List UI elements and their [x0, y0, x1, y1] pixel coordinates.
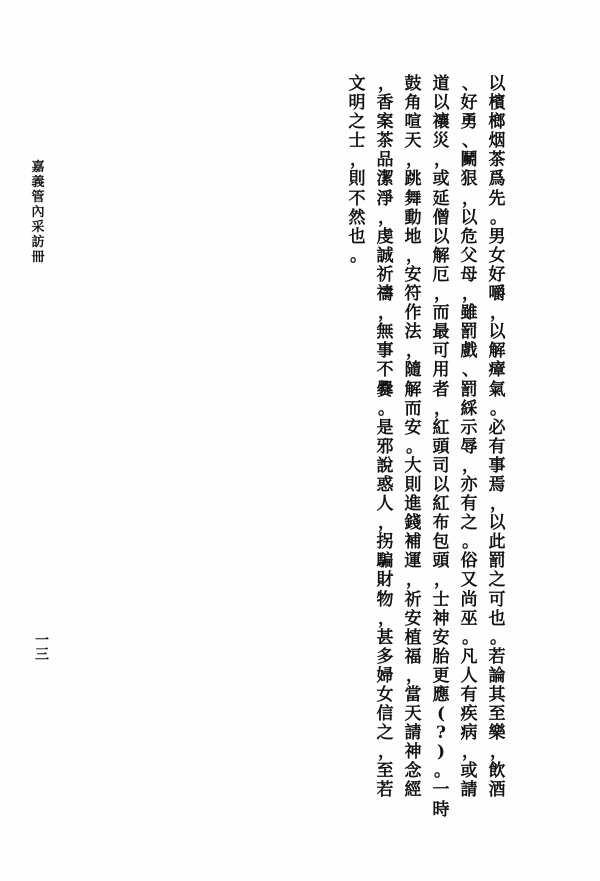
text-char: 若	[375, 781, 395, 800]
text-char: 辱	[459, 438, 479, 457]
text-char: 榔	[487, 113, 507, 132]
text-char: 樂	[487, 724, 507, 743]
text-char: 祈	[403, 591, 423, 610]
text-char: 。	[347, 247, 367, 266]
text-char: 焉	[487, 476, 507, 495]
text-char: 安	[403, 610, 423, 629]
header-char: 訪	[30, 235, 46, 250]
text-char: 然	[347, 209, 367, 228]
text-char: 以	[431, 94, 451, 113]
text-char: ，	[347, 151, 367, 170]
text-char: 以	[459, 209, 479, 228]
text-char: 甚	[375, 629, 395, 648]
text-char: 案	[375, 113, 395, 132]
text-char: 婦	[375, 667, 395, 686]
text-char: 用	[431, 361, 451, 380]
text-char: 戲	[459, 342, 479, 361]
text-char: 包	[431, 533, 451, 552]
text-char: 司	[431, 457, 451, 476]
text-char: 有	[459, 495, 479, 514]
text-char: 論	[487, 667, 507, 686]
text-char: 運	[403, 552, 423, 571]
text-char: 有	[487, 438, 507, 457]
text-char: 神	[431, 610, 451, 629]
text-char: 品	[375, 151, 395, 170]
text-char: 安	[403, 419, 423, 438]
text-char: 人	[459, 667, 479, 686]
text-char: 也	[347, 228, 367, 247]
text-char: 烟	[487, 132, 507, 151]
text-char: 凡	[459, 648, 479, 667]
text-char: 禳	[431, 113, 451, 132]
text-char: 淨	[375, 190, 395, 209]
text-char: 布	[431, 514, 451, 533]
text-char: 應	[431, 686, 451, 705]
header-char: 管	[30, 190, 46, 205]
text-char: 事	[487, 457, 507, 476]
text-char: 或	[431, 170, 451, 189]
text-char: 喧	[403, 113, 423, 132]
text-char: 香	[375, 94, 395, 113]
text-char: 或	[459, 762, 479, 781]
text-char: 以	[487, 323, 507, 342]
text-char: 經	[403, 781, 423, 800]
text-char: 。	[487, 629, 507, 648]
text-char: 酒	[487, 781, 507, 800]
text-char: 好	[459, 94, 479, 113]
text-char: 不	[375, 361, 395, 380]
text-char: 之	[459, 514, 479, 533]
text-char: 俗	[459, 552, 479, 571]
text-char: 當	[403, 686, 423, 705]
text-char: 。	[403, 438, 423, 457]
text-char: ，	[431, 285, 451, 304]
text-char: 。	[431, 762, 451, 781]
text-char: 茶	[375, 132, 395, 151]
text-char: ，	[403, 342, 423, 361]
text-char: ，	[403, 667, 423, 686]
text-char: 符	[403, 285, 423, 304]
text-char: 有	[459, 686, 479, 705]
text-char: 無	[375, 323, 395, 342]
text-char: 胎	[431, 648, 451, 667]
text-char: 誠	[375, 247, 395, 266]
text-char: 狠	[459, 170, 479, 189]
text-char: 安	[431, 629, 451, 648]
text-column-2: 、好勇、鬭狠，以危父母，雖罰戲、罰綵示辱，亦有之。俗又尚巫。凡人有疾病，或請	[459, 75, 479, 801]
text-char: 。	[487, 400, 507, 419]
text-char: ，	[375, 610, 395, 629]
text-char: 跳	[403, 170, 423, 189]
text-char: ，	[431, 151, 451, 170]
text-char: 而	[431, 304, 451, 323]
text-char: 角	[403, 94, 423, 113]
text-char: ，	[487, 743, 507, 762]
text-char: 瘴	[487, 361, 507, 380]
text-char: 危	[459, 228, 479, 247]
text-char: 說	[375, 457, 395, 476]
text-char: 災	[431, 132, 451, 151]
text-char: 解	[403, 381, 423, 400]
text-char: 氣	[487, 381, 507, 400]
text-char: 請	[459, 781, 479, 800]
text-char: 進	[403, 495, 423, 514]
text-column-6: 文明之士，則不然也。	[347, 75, 367, 266]
text-char: 女	[487, 247, 507, 266]
text-char: 植	[403, 629, 423, 648]
page-number: 一三	[33, 634, 51, 662]
text-char: 男	[487, 228, 507, 247]
text-char: 則	[347, 170, 367, 189]
text-char: 。	[375, 400, 395, 419]
text-char: 而	[403, 400, 423, 419]
text-char: ，	[375, 304, 395, 323]
book-title-header: 嘉義管內采訪冊	[30, 160, 46, 265]
text-char: 補	[403, 533, 423, 552]
text-char: 以	[487, 75, 507, 94]
text-char: 雖	[459, 304, 479, 323]
text-char: 舞	[403, 190, 423, 209]
text-char: 最	[431, 323, 451, 342]
text-char: 紅	[431, 495, 451, 514]
text-char: 一	[431, 781, 451, 800]
text-char: 錢	[403, 514, 423, 533]
text-column-5: ，香案茶品潔淨，虔誠祈禱，無事不爨。是邪說惑人，拐騙財物，甚多婦女信之，至若	[375, 75, 395, 801]
text-char: 也	[487, 610, 507, 629]
text-char: 道	[431, 75, 451, 94]
text-char: 福	[403, 648, 423, 667]
text-char: 茶	[487, 151, 507, 170]
text-char: 解	[431, 247, 451, 266]
text-char: 士	[431, 591, 451, 610]
text-char: 頭	[431, 438, 451, 457]
text-char: 頭	[431, 552, 451, 571]
text-char: 是	[375, 419, 395, 438]
text-char: 天	[403, 705, 423, 724]
text-char: 先	[487, 190, 507, 209]
text-char: 邪	[375, 438, 395, 457]
text-char: 解	[487, 342, 507, 361]
text-char: 、	[459, 361, 479, 380]
text-char: 以	[431, 228, 451, 247]
text-char: 其	[487, 686, 507, 705]
document-page: 嘉義管內采訪冊 一三 以檳榔烟茶爲先。男女好嚼，以解瘴氣。必有事焉，以此罰之可也…	[0, 0, 600, 881]
text-char: ，	[487, 304, 507, 323]
text-char: 嚼	[487, 285, 507, 304]
text-char: 厄	[431, 266, 451, 285]
page-number-char: 三	[33, 648, 51, 662]
text-char: 安	[403, 266, 423, 285]
header-char: 義	[30, 175, 46, 190]
text-char: 爲	[487, 170, 507, 189]
text-char: 念	[403, 762, 423, 781]
text-char: 此	[487, 533, 507, 552]
text-char: 不	[347, 190, 367, 209]
header-char: 采	[30, 220, 46, 235]
text-char: 至	[375, 762, 395, 781]
text-char: 罰	[459, 323, 479, 342]
text-char: 罰	[459, 381, 479, 400]
text-column-1: 以檳榔烟茶爲先。男女好嚼，以解瘴氣。必有事焉，以此罰之可也。若論其至樂，飲酒	[487, 75, 507, 801]
text-char: 。	[487, 209, 507, 228]
header-char: 冊	[30, 250, 46, 265]
text-char: ，	[459, 457, 479, 476]
text-char: 神	[403, 743, 423, 762]
text-char: 父	[459, 247, 479, 266]
text-char: 可	[487, 591, 507, 610]
text-char: 以	[431, 476, 451, 495]
text-char: 財	[375, 571, 395, 590]
header-char: 內	[30, 205, 46, 220]
text-char: 母	[459, 266, 479, 285]
text-char: 之	[347, 113, 367, 132]
text-char: 、	[459, 75, 479, 94]
text-char: 必	[487, 419, 507, 438]
text-char: 大	[403, 457, 423, 476]
text-char: 作	[403, 304, 423, 323]
text-char: 多	[375, 648, 395, 667]
text-char: ，	[459, 743, 479, 762]
text-char: 物	[375, 591, 395, 610]
text-char: 天	[403, 132, 423, 151]
text-char: ?	[431, 724, 451, 743]
text-char: 隨	[403, 361, 423, 380]
text-char: 罰	[487, 552, 507, 571]
text-char: 人	[375, 495, 395, 514]
text-char: 女	[375, 686, 395, 705]
text-char: 士	[347, 132, 367, 151]
text-char: ，	[403, 571, 423, 590]
text-char: 者	[431, 381, 451, 400]
text-char: 鬭	[459, 151, 479, 170]
text-char: ，	[375, 743, 395, 762]
text-char: 至	[487, 705, 507, 724]
text-char: 又	[459, 571, 479, 590]
text-char: ，	[431, 571, 451, 590]
text-char: )	[431, 743, 451, 762]
text-char: 病	[459, 724, 479, 743]
text-column-4: 鼓角喧天，跳舞動地，安符作法，隨解而安。大則進錢補運，祈安植福，當天請神念經	[403, 75, 423, 801]
text-char: ，	[375, 209, 395, 228]
page-number-char: 一	[33, 634, 51, 648]
header-char: 嘉	[30, 160, 46, 175]
text-char: 勇	[459, 113, 479, 132]
text-char: 地	[403, 228, 423, 247]
text-char: 若	[487, 648, 507, 667]
text-char: 亦	[459, 476, 479, 495]
text-char: 禱	[375, 285, 395, 304]
text-char: ，	[431, 400, 451, 419]
text-char: 拐	[375, 533, 395, 552]
text-char: 之	[487, 571, 507, 590]
text-char: 動	[403, 209, 423, 228]
text-char: 鼓	[403, 75, 423, 94]
text-char: 潔	[375, 170, 395, 189]
text-char: (	[431, 705, 451, 724]
text-char: 延	[431, 190, 451, 209]
text-char: 請	[403, 724, 423, 743]
text-char: 檳	[487, 94, 507, 113]
text-char: ，	[487, 495, 507, 514]
text-char: 僧	[431, 209, 451, 228]
text-char: 法	[403, 323, 423, 342]
text-char: ，	[403, 151, 423, 170]
text-char: 時	[431, 801, 451, 820]
text-char: 以	[487, 514, 507, 533]
text-char: 好	[487, 266, 507, 285]
text-char: 祈	[375, 266, 395, 285]
text-char: ，	[375, 514, 395, 533]
text-char: 紅	[431, 419, 451, 438]
text-char: 則	[403, 476, 423, 495]
text-char: 。	[459, 629, 479, 648]
text-char: 尚	[459, 591, 479, 610]
text-char: 飲	[487, 762, 507, 781]
text-char: 事	[375, 342, 395, 361]
text-char: 信	[375, 705, 395, 724]
text-char: 虔	[375, 228, 395, 247]
text-char: 巫	[459, 610, 479, 629]
text-char: ，	[459, 190, 479, 209]
text-char: ，	[375, 75, 395, 94]
text-char: 文	[347, 75, 367, 94]
text-char: 爨	[375, 381, 395, 400]
text-char: 疾	[459, 705, 479, 724]
text-char: 綵	[459, 400, 479, 419]
text-char: 可	[431, 342, 451, 361]
text-char: 之	[375, 724, 395, 743]
text-char: 惑	[375, 476, 395, 495]
text-char: 。	[459, 533, 479, 552]
text-char: 騙	[375, 552, 395, 571]
text-char: 更	[431, 667, 451, 686]
text-char: 、	[459, 132, 479, 151]
text-char: 明	[347, 94, 367, 113]
text-char: ，	[459, 285, 479, 304]
text-column-3: 道以禳災，或延僧以解厄，而最可用者，紅頭司以紅布包頭，士神安胎更應(?)。一時	[431, 75, 451, 820]
text-char: 示	[459, 419, 479, 438]
text-char: ，	[403, 247, 423, 266]
